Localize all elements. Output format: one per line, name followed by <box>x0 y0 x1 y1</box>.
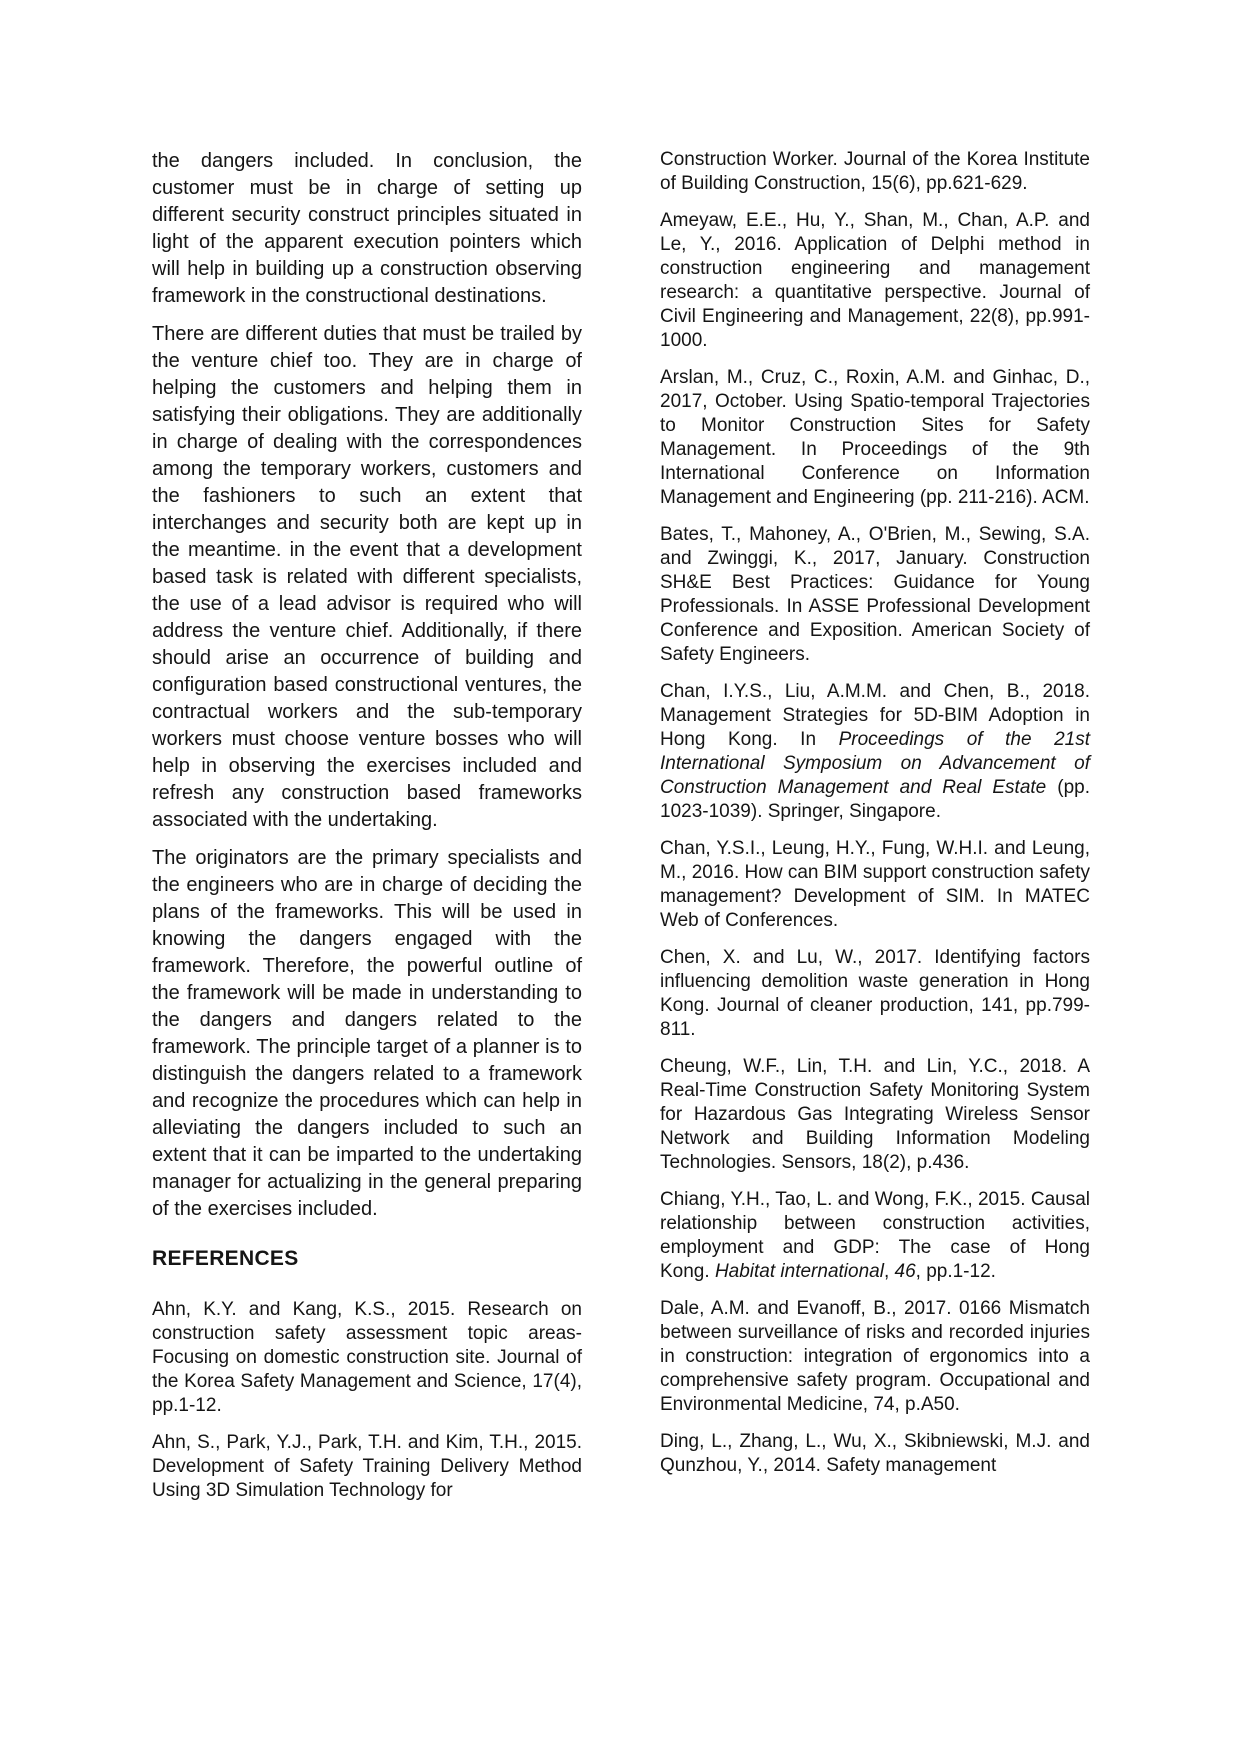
reference-italic-title: Habitat international <box>715 1261 884 1282</box>
reference-entry: Construction Worker. Journal of the Kore… <box>660 148 1090 196</box>
reference-entry: Chan, I.Y.S., Liu, A.M.M. and Chen, B., … <box>660 680 1090 824</box>
reference-text: Ahn, K.Y. and Kang, K.S., 2015. Research… <box>152 1299 582 1416</box>
reference-text: Chan, Y.S.I., Leung, H.Y., Fung, W.H.I. … <box>660 838 1090 931</box>
reference-text: Ahn, S., Park, Y.J., Park, T.H. and Kim,… <box>152 1432 582 1501</box>
reference-text: Construction Worker. Journal of the Kore… <box>660 149 1090 194</box>
reference-text: , <box>884 1261 895 1282</box>
reference-text: Dale, A.M. and Evanoff, B., 2017. 0166 M… <box>660 1298 1090 1415</box>
reference-entry: Cheung, W.F., Lin, T.H. and Lin, Y.C., 2… <box>660 1055 1090 1175</box>
reference-entry: Ahn, S., Park, Y.J., Park, T.H. and Kim,… <box>152 1431 582 1503</box>
reference-text: Arslan, M., Cruz, C., Roxin, A.M. and Gi… <box>660 367 1090 508</box>
reference-italic-title: 46 <box>895 1261 916 1282</box>
reference-entry: Ahn, K.Y. and Kang, K.S., 2015. Research… <box>152 1298 582 1418</box>
body-paragraph: the dangers included. In conclusion, the… <box>152 148 582 310</box>
reference-entry: Ameyaw, E.E., Hu, Y., Shan, M., Chan, A.… <box>660 209 1090 353</box>
reference-text: Bates, T., Mahoney, A., O'Brien, M., Sew… <box>660 524 1090 665</box>
left-references: Ahn, K.Y. and Kang, K.S., 2015. Research… <box>152 1298 582 1503</box>
body-paragraph: The originators are the primary speciali… <box>152 845 582 1223</box>
reference-text: , pp.1-12. <box>916 1261 996 1282</box>
left-column: the dangers included. In conclusion, the… <box>152 148 582 1516</box>
reference-entry: Chiang, Y.H., Tao, L. and Wong, F.K., 20… <box>660 1188 1090 1284</box>
reference-text: Chen, X. and Lu, W., 2017. Identifying f… <box>660 947 1090 1040</box>
reference-entry: Chen, X. and Lu, W., 2017. Identifying f… <box>660 946 1090 1042</box>
right-references: Construction Worker. Journal of the Kore… <box>660 148 1090 1478</box>
reference-entry: Arslan, M., Cruz, C., Roxin, A.M. and Gi… <box>660 366 1090 510</box>
reference-entry: Chan, Y.S.I., Leung, H.Y., Fung, W.H.I. … <box>660 837 1090 933</box>
reference-entry: Bates, T., Mahoney, A., O'Brien, M., Sew… <box>660 523 1090 667</box>
reference-text: Cheung, W.F., Lin, T.H. and Lin, Y.C., 2… <box>660 1056 1090 1173</box>
references-heading: REFERENCES <box>152 1247 582 1271</box>
document-page: the dangers included. In conclusion, the… <box>0 0 1241 1754</box>
reference-text: Ameyaw, E.E., Hu, Y., Shan, M., Chan, A.… <box>660 210 1090 351</box>
reference-text: Ding, L., Zhang, L., Wu, X., Skibniewski… <box>660 1431 1090 1476</box>
right-column: Construction Worker. Journal of the Kore… <box>660 148 1090 1516</box>
body-paragraph: There are different duties that must be … <box>152 321 582 834</box>
body-paragraphs: the dangers included. In conclusion, the… <box>152 148 582 1223</box>
reference-entry: Dale, A.M. and Evanoff, B., 2017. 0166 M… <box>660 1297 1090 1417</box>
reference-entry: Ding, L., Zhang, L., Wu, X., Skibniewski… <box>660 1430 1090 1478</box>
two-column-layout: the dangers included. In conclusion, the… <box>152 148 1090 1516</box>
